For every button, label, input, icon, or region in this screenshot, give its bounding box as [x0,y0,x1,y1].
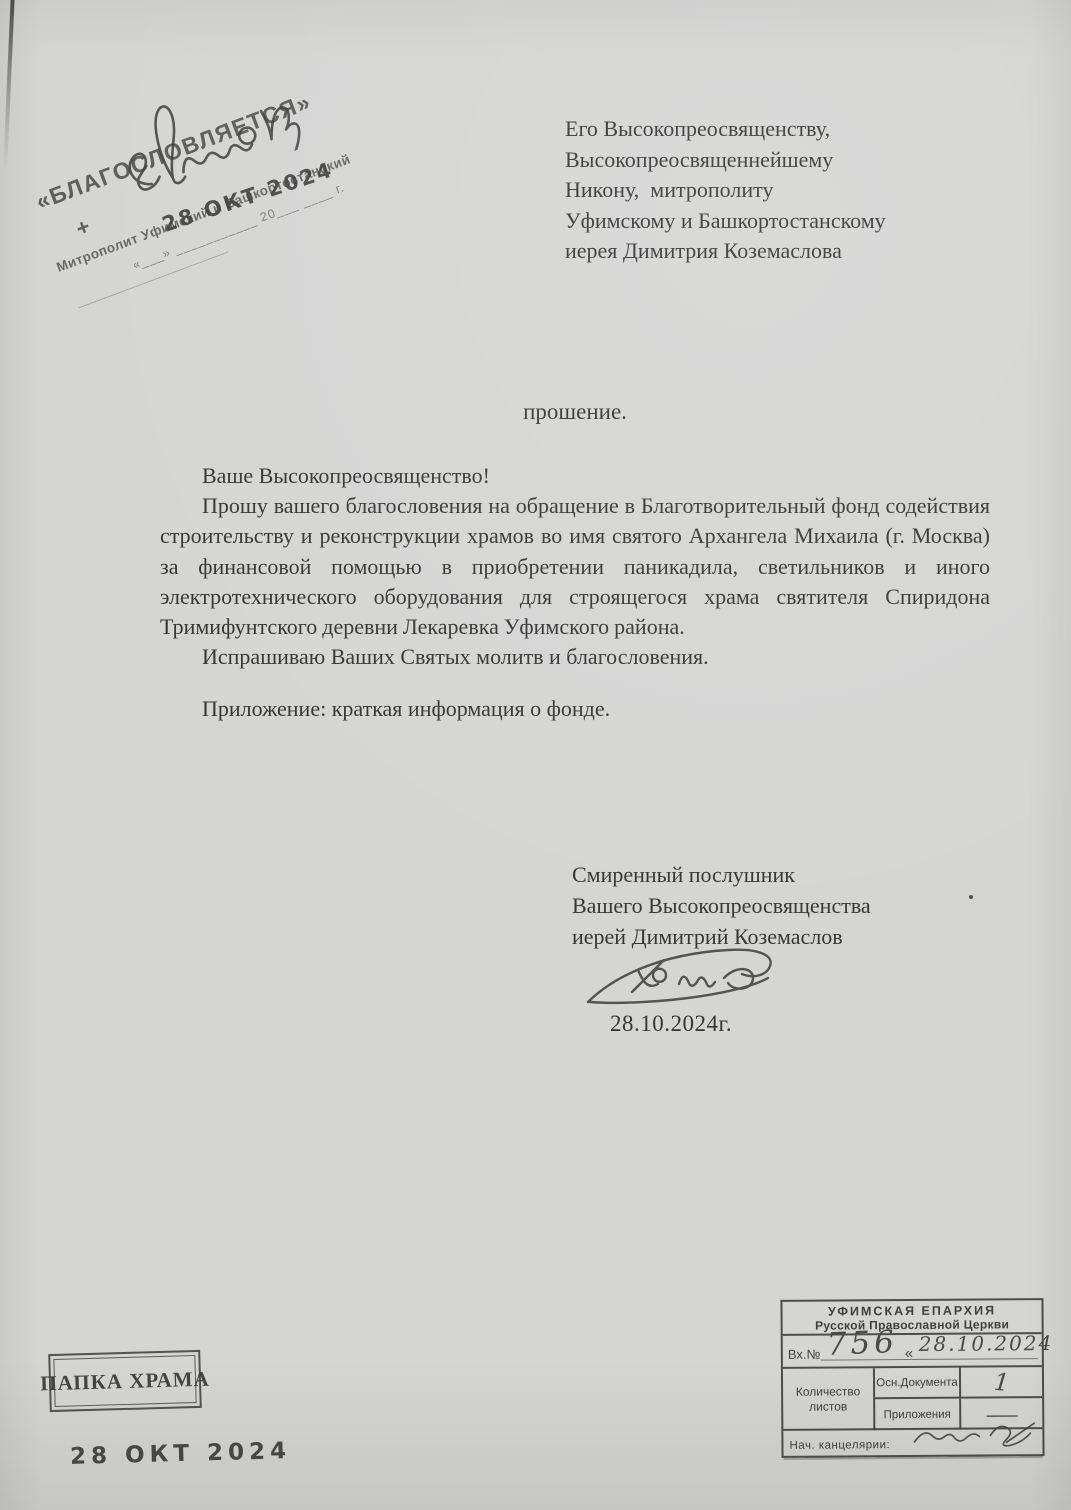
chancery-signature [908,1415,1038,1450]
folder-stamp-inner-border: ПАПКА ХРАМА [53,1355,196,1407]
addressee-line: Его Высокопреосвященству, [565,114,886,145]
addressee-line: Высокопреосвященнейшему [565,145,886,176]
signature-block: Смиренный послушник Вашего Высокопреосвя… [572,859,871,952]
incoming-number-row: Вх.№ 756 « 28.10.2024 [783,1334,1042,1369]
incoming-number-label: Вх.№ [788,1347,821,1362]
sheets-label-line1: Количество [796,1384,861,1399]
petition-line: Испрашиваю Ваших Святых молитв и благосл… [160,642,990,672]
incoming-date-value: 28.10.2024 [919,1331,1054,1356]
addressee-line: иерея Димитрия Коземаслова [565,236,886,267]
received-date-stamp: 28 ОКТ 2024 [70,1438,292,1470]
sheets-label-line2: листов [796,1399,861,1414]
signature-date: 28.10.2024г. [610,1011,732,1037]
attachment-line: Приложение: краткая информация о фонде. [160,694,990,724]
chancery-label: Нач. канцелярии: [789,1439,890,1452]
signature-line: Смиренный послушник [572,859,871,890]
document-title: прошение. [160,399,990,425]
addressee-block: Его Высокопреосвященству, Высокопреосвящ… [565,114,886,267]
registration-stamp: УФИМСКАЯ ЕПАРХИЯ Русской Православной Це… [780,1298,1044,1458]
quote-mark: « [905,1345,913,1362]
folder-stamp-label: ПАПКА ХРАМА [40,1366,210,1396]
cross-plus-mark: + [72,213,93,242]
body-paragraph: Прошу вашего благословения на обращение … [160,491,990,642]
sheets-count-label: Количество листов [783,1368,875,1431]
addressee-line: Уфимскому и Башкортостанскому [565,206,886,237]
salutation-line: Ваше Высокопреосвященство! [160,461,990,491]
scanned-letter-page: «БЛАГОСЛОВЛЯЕТСЯ» + Митрополит Уфимский … [0,0,1071,1510]
scan-crease [3,0,15,169]
priest-signature [578,940,778,1012]
chancery-row: Нач. канцелярии: [783,1429,1042,1460]
approval-stamp: «БЛАГОСЛОВЛЯЕТСЯ» + Митрополит Уфимский … [6,67,421,359]
main-document-label: Осн.Документа [875,1368,961,1400]
folder-stamp: ПАПКА ХРАМА [48,1350,202,1412]
incoming-number-value: 756 [826,1324,899,1363]
signature-line: Вашего Высокопреосвященства [572,890,871,921]
addressee-line: Никону, митрополиту [565,175,886,206]
ink-dot [969,895,973,899]
body-text: Ваше Высокопреосвященство! Прошу вашего … [160,461,990,725]
main-document-count: 1 [993,1367,1011,1396]
main-document-value: 1 [961,1367,1042,1399]
